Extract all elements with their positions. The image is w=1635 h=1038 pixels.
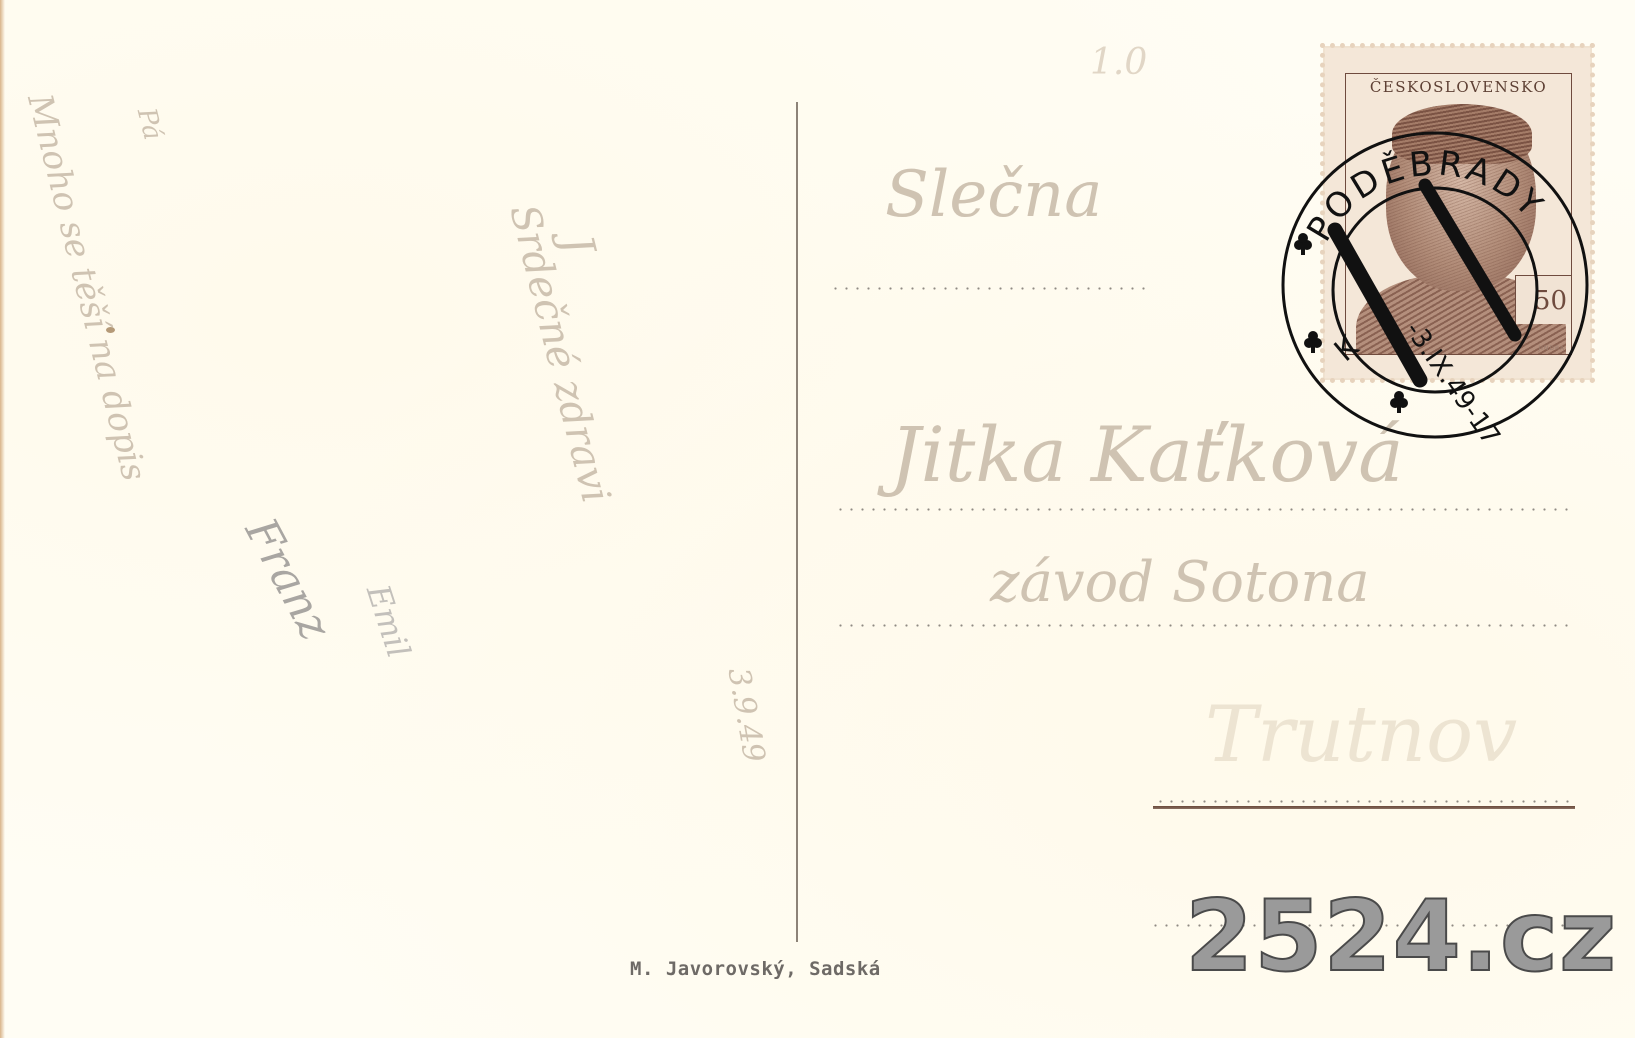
postcard-back: Mnoho se těší na dopis Pá J Srdečné zdra… [0, 0, 1635, 1038]
postmark-cancel-icon: PODĚBRADY -3.IX.49-17 K [1275, 125, 1595, 445]
signature-second: Emil [359, 580, 418, 662]
postmark-suffix: K [1328, 329, 1367, 369]
stamp-country: ČESKOSLOVENSKO [1350, 78, 1567, 96]
publisher-imprint: M. Javorovský, Sadská [630, 958, 881, 980]
site-watermark: 2524.cz [1185, 888, 1617, 986]
card-edge [0, 0, 5, 1038]
address-line-2-rule [835, 508, 1570, 511]
address-town-underline [1153, 806, 1575, 809]
message-prefix: Pá [131, 105, 168, 143]
signature: Franz [235, 510, 341, 648]
address-line-3-rule [835, 624, 1570, 627]
address-salutation: Slečna [885, 158, 1102, 232]
message-column-left: Mnoho se těší na dopis [19, 90, 154, 485]
center-divider [796, 102, 798, 942]
address-line-2: závod Sotona [990, 550, 1370, 615]
message-date: 3.9.49 [721, 665, 772, 765]
address-town: Trutnov [1205, 690, 1517, 780]
address-line-1-rule [830, 287, 1152, 290]
annotation-number: 1.0 [1090, 42, 1147, 83]
address-line-4-rule [1155, 800, 1575, 803]
